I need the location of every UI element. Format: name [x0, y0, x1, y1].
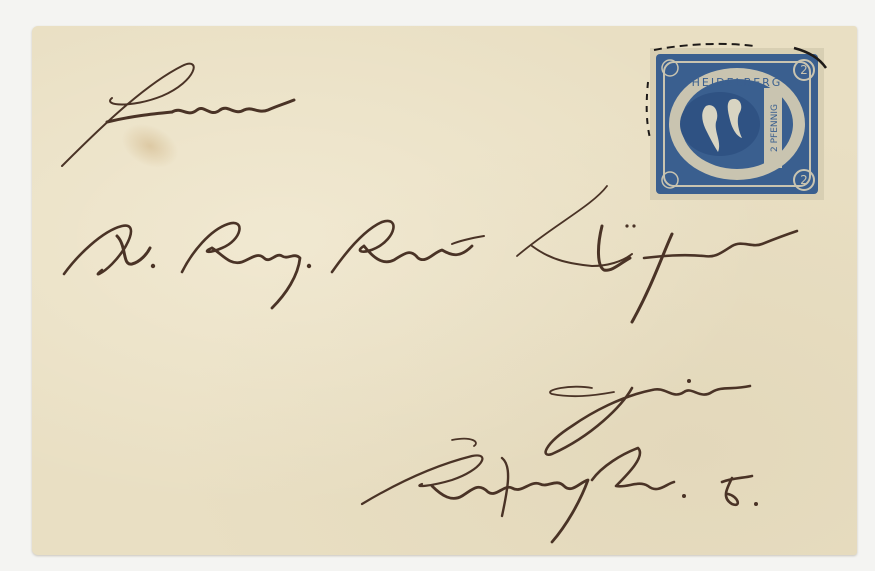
- stamp-corner-numeral-top: 2: [800, 63, 808, 77]
- envelope: HEIDELBERG 2 PFENNIG 2 2 Herrn Ob. Reg. …: [32, 26, 857, 555]
- address-line-2: [64, 186, 797, 322]
- address-line-4: [362, 439, 758, 542]
- stamp-denomination-text: 2 PFENNIG: [770, 104, 780, 152]
- address-line-3: [546, 379, 750, 455]
- address-line-1: [62, 64, 294, 166]
- postage-stamp: HEIDELBERG 2 PFENNIG 2 2: [644, 42, 830, 206]
- stamp-corner-numeral-bottom: 2: [800, 173, 808, 187]
- stamp-city-text: HEIDELBERG: [692, 76, 783, 89]
